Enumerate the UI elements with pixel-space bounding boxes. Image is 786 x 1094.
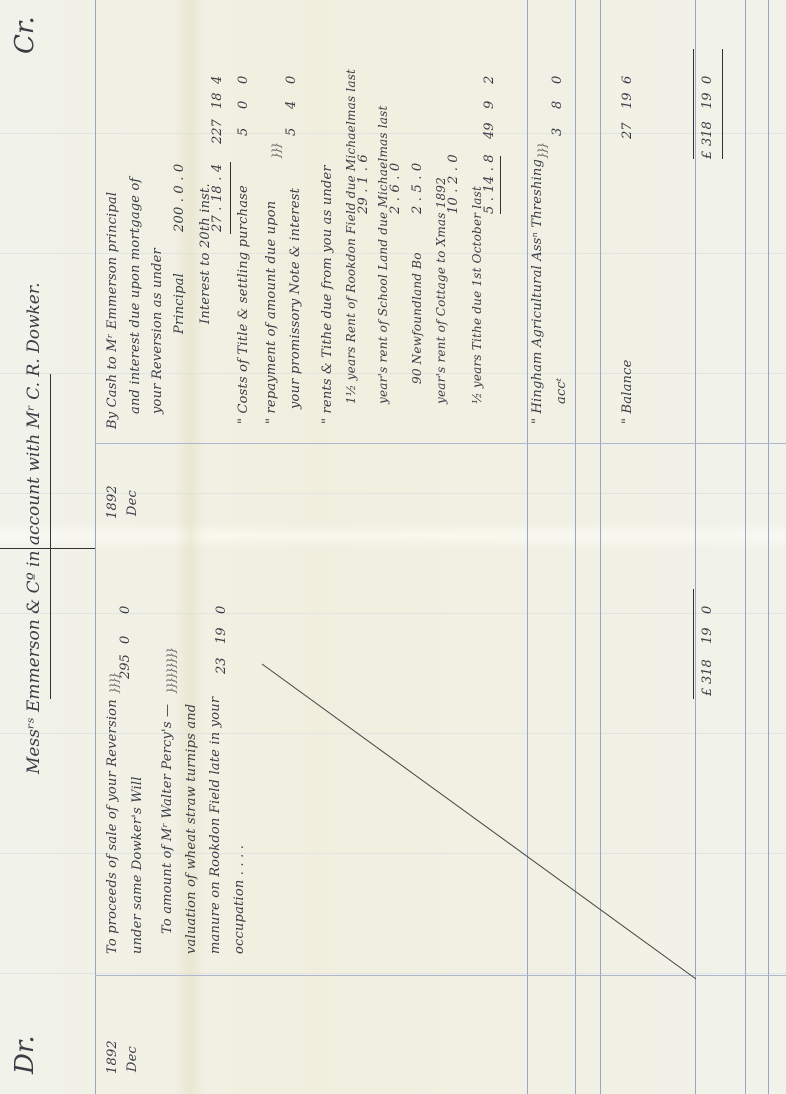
credit-amount-pence: 6	[620, 76, 635, 84]
credit-amount-pounds: 27	[620, 122, 635, 139]
credit-sub-label: ½ years Tithe due 1st October last	[470, 186, 484, 404]
credit-amount-shillings: 0	[236, 101, 251, 109]
credit-amount-pence: 0	[550, 76, 565, 84]
credit-sub-value: 27 . 18 . 4	[210, 164, 225, 232]
credit-total-pounds: 318	[700, 121, 715, 146]
credit-amount-shillings: 8	[550, 101, 565, 109]
credit-total-currency: £	[700, 151, 715, 159]
credit-sub-value: 2 . 6 . 0	[388, 163, 403, 214]
debit-total-currency: £	[700, 688, 715, 696]
credit-entry-line: By Cash to Mʳ Emmerson principal	[105, 192, 120, 429]
scanned-ledger-page: Dr. Messʳˢ Emmerson & Cº in account with…	[0, 0, 786, 1094]
credit-year: 1892	[105, 485, 120, 519]
credit-sub-label: year's rent of School Land due Michaelma…	[376, 105, 390, 404]
debit-total-pounds: 318	[700, 659, 715, 684]
credit-sub-label: Principal	[172, 273, 187, 334]
credit-entry-line: " repayment of amount due upon	[264, 201, 279, 424]
ledger-sheet: Dr. Messʳˢ Emmerson & Cº in account with…	[0, 0, 786, 1094]
credit-sub-label: 90 Newfoundland Bo	[410, 252, 424, 384]
credit-amount-pounds: 3	[550, 128, 565, 136]
debit-total-shillings: 19	[700, 627, 715, 644]
subtotal-rule	[230, 162, 231, 234]
credit-amount-shillings: 4	[284, 101, 299, 109]
credit-amount-shillings: 19	[620, 92, 635, 109]
credit-amount-pence: 4	[210, 76, 225, 84]
credit-entry-line: and interest due upon mortgage of	[128, 177, 143, 414]
credit-amount-pounds: 49	[482, 122, 497, 139]
credit-amount-shillings: 9	[482, 101, 497, 109]
credit-sub-value: 10 . 2 . 0	[446, 154, 461, 214]
credit-amount-pence: 0	[284, 76, 299, 84]
credit-amount-pounds: 227	[210, 119, 225, 144]
credit-sub-label: 1½ years Rent of Rookdon Field due Micha…	[344, 69, 358, 404]
subtotal-rule	[500, 156, 501, 214]
credit-total-pence: 0	[700, 76, 715, 84]
credit-sub-value: 2 . 5 . 0	[410, 163, 425, 214]
total-rule	[722, 49, 723, 159]
credit-sub-value: 200 . 0 . 0	[172, 164, 187, 232]
credit-amount-pounds: 5	[284, 128, 299, 136]
credit-entry-line: your promissory Note & interest	[288, 188, 303, 409]
credit-amount-pence: 2	[482, 76, 497, 84]
credit-total-shillings: 19	[700, 92, 715, 109]
credit-entry-line: " Costs of Title & settling purchase	[236, 185, 251, 424]
credit-sub-value: 29 . 1 . 6	[356, 154, 371, 214]
credit-amount-shillings: 18	[210, 92, 225, 109]
credit-entry-line: accᵗ	[554, 378, 569, 404]
brace: }}}	[270, 144, 283, 159]
credit-month: Dec	[125, 490, 140, 516]
credit-entry-line: " Hingham Agricultural Assⁿ Threshing	[530, 159, 545, 424]
credit-amount-pounds: 5	[236, 128, 251, 136]
debit-total-pence: 0	[700, 606, 715, 614]
credit-entry-line: " rents & Tithe due from you as under	[320, 165, 335, 424]
credit-sub-value: 5 . 14 . 8	[482, 154, 497, 214]
credit-entry-line: your Reversion as under	[150, 248, 165, 414]
credit-amount-pence: 0	[236, 76, 251, 84]
brace: }}}	[536, 144, 549, 159]
total-rule	[693, 589, 694, 699]
total-rule	[693, 49, 694, 159]
credit-entry-line: " Balance	[620, 360, 635, 424]
